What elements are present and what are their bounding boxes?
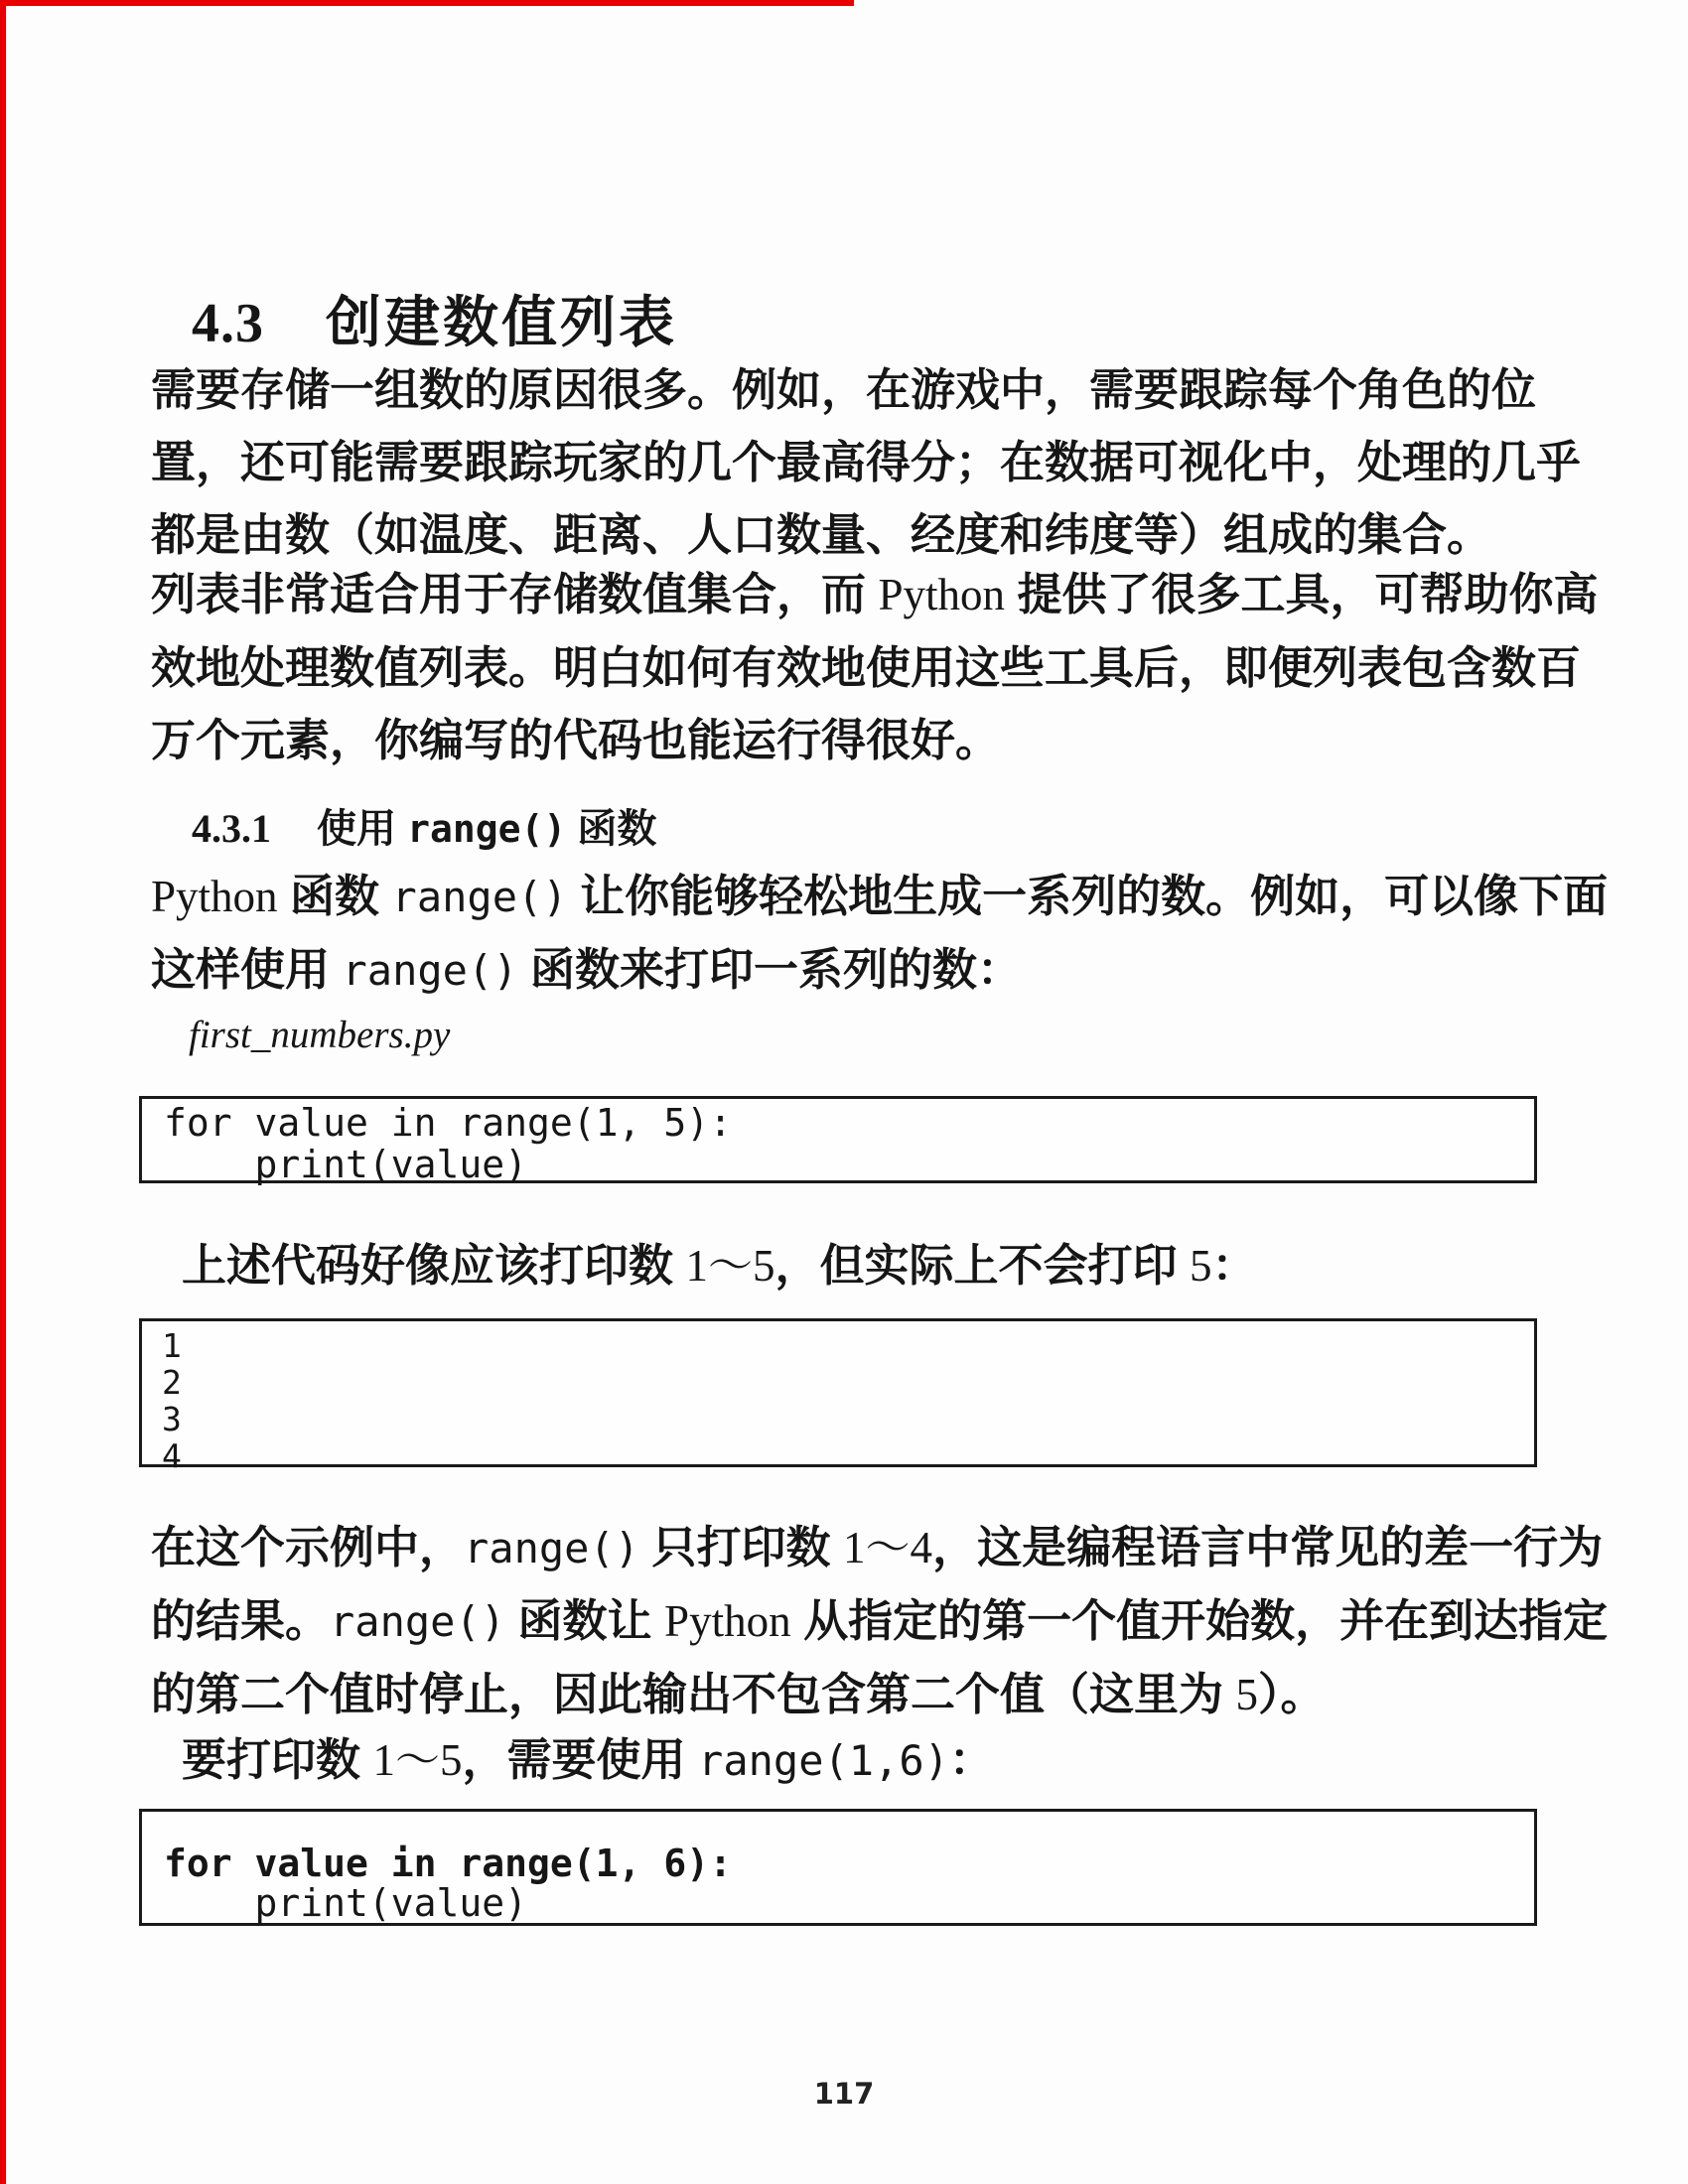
output-line: 2 xyxy=(162,1364,1534,1401)
text-line: 万个元素，你编写的代码也能运行得很好。 xyxy=(151,704,1599,776)
code-line: print(value) xyxy=(164,1883,1534,1923)
code-line: for value in range(1, 5): xyxy=(164,1102,1534,1144)
text-run: 万个元素，你编写的代码也能运行得很好。 xyxy=(151,715,1000,765)
text-run: 列表非常适合用于存储数值集合，而 xyxy=(151,569,879,619)
text-line: Python 函数 range() 让你能够轻松地生成一系列的数。例如，可以像下… xyxy=(151,860,1608,933)
subsection-heading: 4.3.1使用 range() 函数 xyxy=(192,797,656,854)
text-run-code: range() xyxy=(330,1597,505,1646)
text-run-latin: 5 xyxy=(1236,1670,1259,1719)
text-line: 在这个示例中，range() 只打印数 1～4，这是编程语言中常见的差一行为 xyxy=(151,1511,1608,1584)
text-line: 的第二个值时停止，因此输出不包含第二个值（这里为 5）。 xyxy=(151,1658,1608,1731)
text-run: 上述代码好像应该打印数 xyxy=(182,1240,686,1291)
text-run: 需要存储一组数的原因很多。例如，在游戏中，需要跟踪每个角色的位 xyxy=(151,364,1536,415)
code-filename-label: first_numbers.py xyxy=(189,1013,450,1057)
code-block-range-1-6: for value in range(1, 6): print(value) xyxy=(139,1809,1537,1926)
scan-edge-left xyxy=(0,0,6,2184)
text-run: 从指定的第一个值开始数，并在到达指定 xyxy=(791,1595,1609,1646)
text-run-latin: 1～5 xyxy=(686,1241,775,1291)
text-line: 的结果。range() 函数让 Python 从指定的第一个值开始数，并在到达指… xyxy=(151,1584,1608,1658)
text-run: 提供了很多工具，可帮助你高 xyxy=(1005,569,1599,619)
text-run: ： xyxy=(1212,1240,1257,1291)
text-run-code: range(1,6) xyxy=(698,1736,949,1785)
section-title-text: 创建数值列表 xyxy=(326,291,677,353)
text-run: 的结果。 xyxy=(151,1595,330,1646)
text-run: 都是由数（如温度、距离、人口数量、经度和纬度等）组成的集合。 xyxy=(151,509,1491,560)
text-run: ）。 xyxy=(1258,1669,1326,1719)
page-number: 117 xyxy=(0,2077,1688,2111)
text-line: 置，还可能需要跟踪玩家的几个最高得分；在数据可视化中，处理的几乎 xyxy=(151,426,1581,498)
section-number: 4.3 xyxy=(192,293,264,354)
text-run: 让你能够轻松地生成一系列的数。例如，可以像下面 xyxy=(568,871,1609,921)
book-page: 4.3创建数值列表 需要存储一组数的原因很多。例如，在游戏中，需要跟踪每个角色的… xyxy=(0,0,1688,2184)
code-line-bold: for value in range(1, 6): xyxy=(164,1843,1534,1883)
text-run: ，这是编程语言中常见的差一行为 xyxy=(932,1522,1603,1572)
text-run-latin: Python xyxy=(879,570,1006,619)
subsection-number: 4.3.1 xyxy=(192,806,271,851)
subsection-title-post: 函数 xyxy=(566,807,656,851)
text-run-latin: 1～5 xyxy=(373,1735,463,1785)
text-run: 函数来打印一系列的数： xyxy=(518,944,1023,995)
text-run: 只打印数 xyxy=(639,1522,843,1572)
text-run: 函数让 xyxy=(505,1595,664,1646)
text-run: ，但实际上不会打印 xyxy=(775,1240,1191,1291)
text-run: 置，还可能需要跟踪玩家的几个最高得分；在数据可视化中，处理的几乎 xyxy=(151,437,1581,487)
text-line: 效地处理数值列表。明白如何有效地使用这些工具后，即便列表包含数百 xyxy=(151,631,1599,704)
paragraph-lists-tools: 列表非常适合用于存储数值集合，而 Python 提供了很多工具，可帮助你高 效地… xyxy=(151,558,1599,776)
paragraph-note-range-1-6: 要打印数 1～5，需要使用 range(1,6)： xyxy=(182,1723,994,1797)
subsection-title-pre: 使用 xyxy=(317,807,407,851)
code-block-range-1-5: for value in range(1, 5): print(value) xyxy=(139,1096,1537,1183)
output-block: 1 2 3 4 xyxy=(139,1318,1537,1467)
text-line: 这样使用 range() 函数来打印一系列的数： xyxy=(151,933,1608,1007)
text-line: 要打印数 1～5，需要使用 range(1,6)： xyxy=(182,1723,994,1797)
text-run: ： xyxy=(949,1734,994,1785)
text-run: 效地处理数值列表。明白如何有效地使用这些工具后，即便列表包含数百 xyxy=(151,642,1581,693)
text-line: 需要存储一组数的原因很多。例如，在游戏中，需要跟踪每个角色的位 xyxy=(151,353,1581,426)
output-line: 1 xyxy=(162,1327,1534,1364)
output-line: 3 xyxy=(162,1401,1534,1437)
output-line: 4 xyxy=(162,1437,1534,1474)
text-run-latin: Python xyxy=(664,1596,791,1646)
text-run: 在这个示例中， xyxy=(151,1522,464,1572)
text-line: 列表非常适合用于存储数值集合，而 Python 提供了很多工具，可帮助你高 xyxy=(151,558,1599,631)
subsection-title-code: range() xyxy=(407,807,566,851)
code-line: print(value) xyxy=(164,1144,1534,1185)
text-run: 要打印数 xyxy=(182,1734,373,1785)
text-line: 上述代码好像应该打印数 1～5，但实际上不会打印 5： xyxy=(182,1229,1257,1302)
paragraph-off-by-one: 在这个示例中，range() 只打印数 1～4，这是编程语言中常见的差一行为 的… xyxy=(151,1511,1608,1731)
section-heading: 4.3创建数值列表 xyxy=(192,279,677,358)
text-run: ，需要使用 xyxy=(463,1734,699,1785)
text-run-latin: 5 xyxy=(1190,1241,1212,1291)
text-run: 函数 xyxy=(278,871,392,921)
text-run: 这样使用 xyxy=(151,944,343,995)
text-run: 的第二个值时停止，因此输出不包含第二个值（这里为 xyxy=(151,1669,1236,1719)
paragraph-range-intro: Python 函数 range() 让你能够轻松地生成一系列的数。例如，可以像下… xyxy=(151,860,1608,1007)
text-run-latin: 1～4 xyxy=(843,1523,932,1572)
scan-edge-top xyxy=(0,0,854,6)
text-run-code: range() xyxy=(343,946,518,995)
text-run-code: range() xyxy=(392,873,568,921)
text-run-code: range() xyxy=(464,1524,639,1572)
paragraph-intro: 需要存储一组数的原因很多。例如，在游戏中，需要跟踪每个角色的位 置，还可能需要跟… xyxy=(151,353,1581,571)
text-run-latin: Python xyxy=(151,872,278,921)
paragraph-note-before-output: 上述代码好像应该打印数 1～5，但实际上不会打印 5： xyxy=(182,1229,1257,1302)
